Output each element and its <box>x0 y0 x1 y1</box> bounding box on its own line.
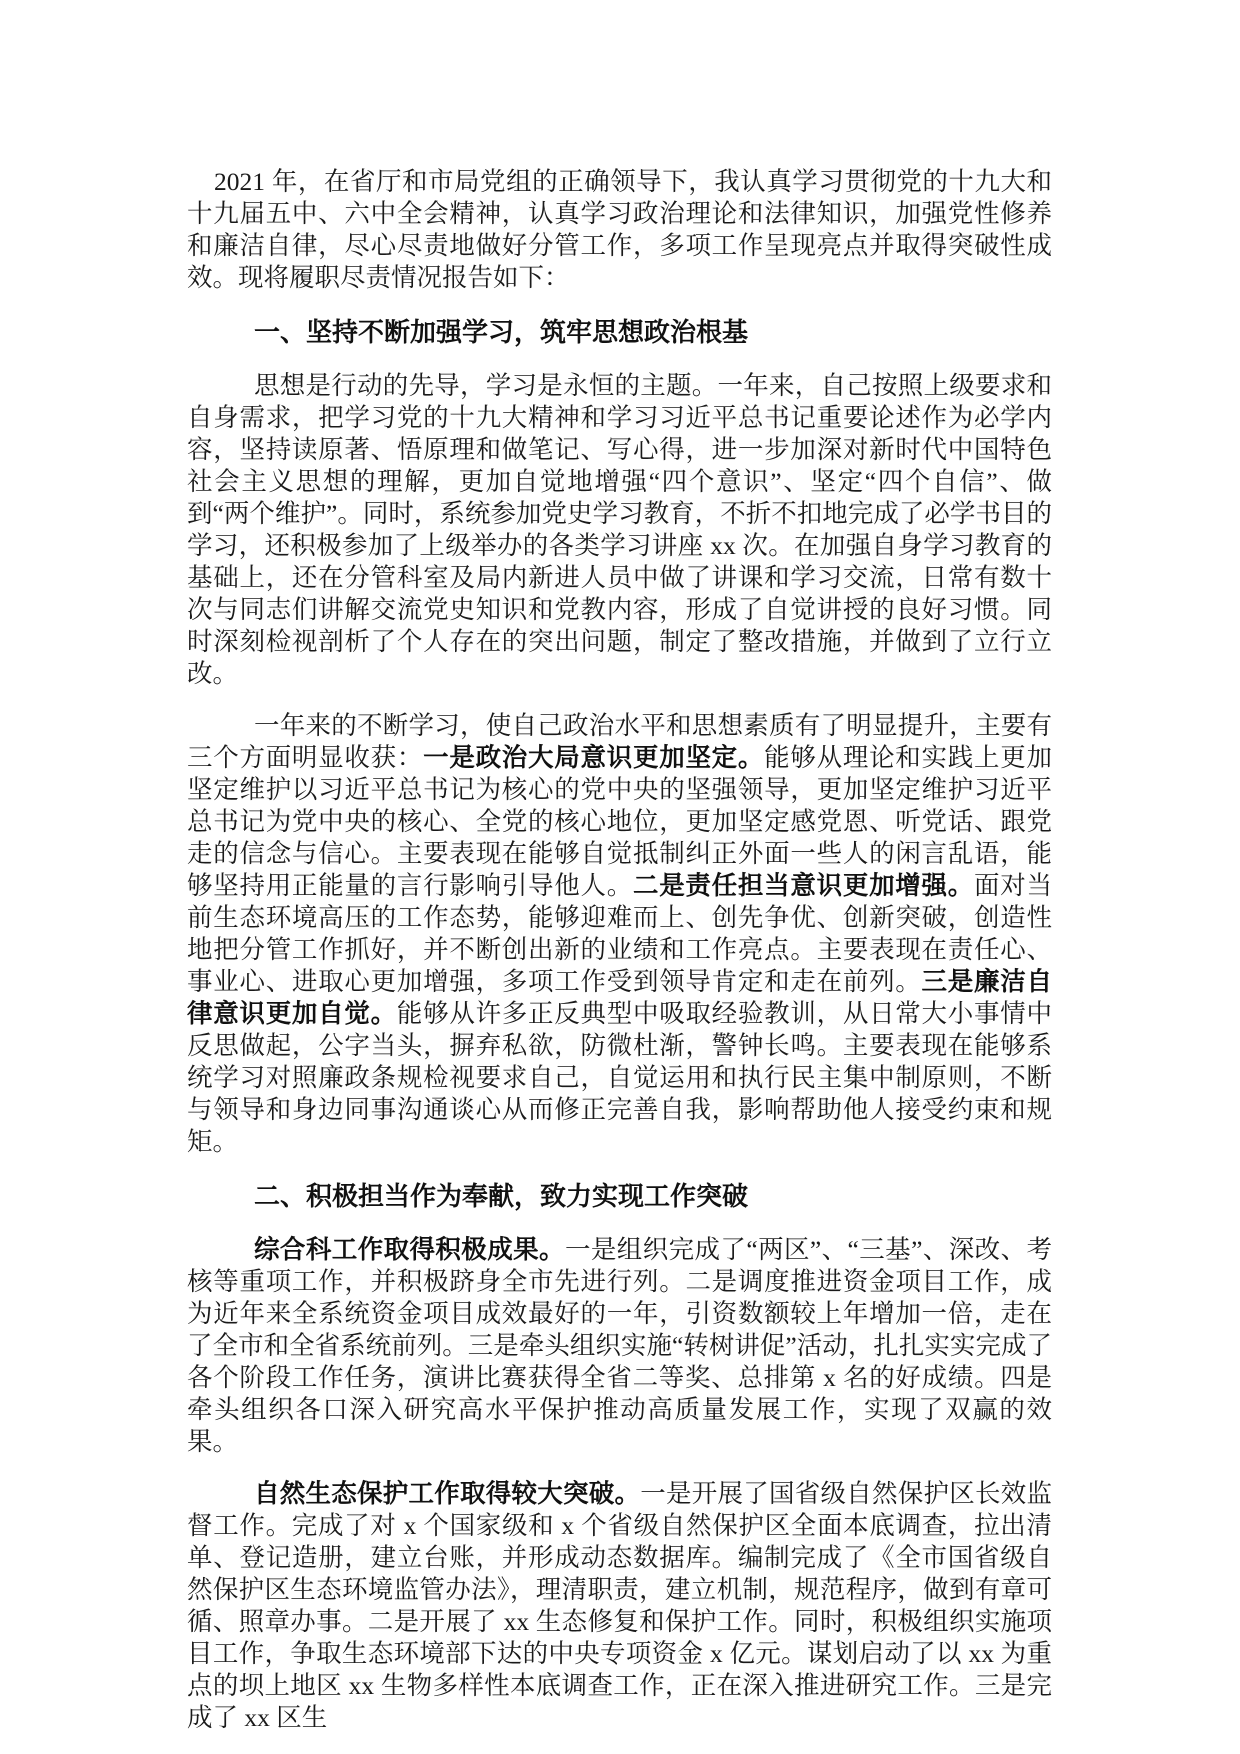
section-1-heading: 一、坚持不断加强学习，筑牢思想政治根基 <box>187 316 1052 348</box>
document-page: 2021 年，在省厅和市局党组的正确领导下，我认真学习贯彻党的十九大和十九届五中… <box>0 0 1240 1754</box>
text-run: 一是开展了国省级自然保护区长效监督工作。完成了对 x 个国家级和 x 个省级自然… <box>187 1479 1052 1732</box>
text-run: 一是组织完成了“两区”、“三基”、深改、考核等重项工作，并积极跻身全市先进行列。… <box>187 1235 1052 1456</box>
section-2-heading: 二、积极担当作为奉献，致力实现工作突破 <box>187 1180 1052 1212</box>
bold-text-run: 自然生态保护工作取得较大突破。 <box>254 1480 640 1508</box>
bold-text-run: 一是政治大局意识更加坚定。 <box>423 744 764 772</box>
section-1-paragraph-2: 一年来的不断学习，使自己政治水平和思想素质有了明显提升，主要有三个方面明显收获：… <box>187 710 1052 1158</box>
section-2-paragraph-1: 综合科工作取得积极成果。一是组织完成了“两区”、“三基”、深改、考核等重项工作，… <box>187 1234 1052 1458</box>
bold-text-run: 综合科工作取得积极成果。 <box>254 1236 565 1264</box>
section-1-paragraph-1: 思想是行动的先导，学习是永恒的主题。一年来，自己按照上级要求和自身需求，把学习党… <box>187 370 1052 690</box>
section-2-paragraph-2: 自然生态保护工作取得较大突破。一是开展了国省级自然保护区长效监督工作。完成了对 … <box>187 1478 1052 1734</box>
intro-paragraph: 2021 年，在省厅和市局党组的正确领导下，我认真学习贯彻党的十九大和十九届五中… <box>187 166 1052 294</box>
bold-text-run: 二是责任担当意识更加增强。 <box>633 872 974 900</box>
